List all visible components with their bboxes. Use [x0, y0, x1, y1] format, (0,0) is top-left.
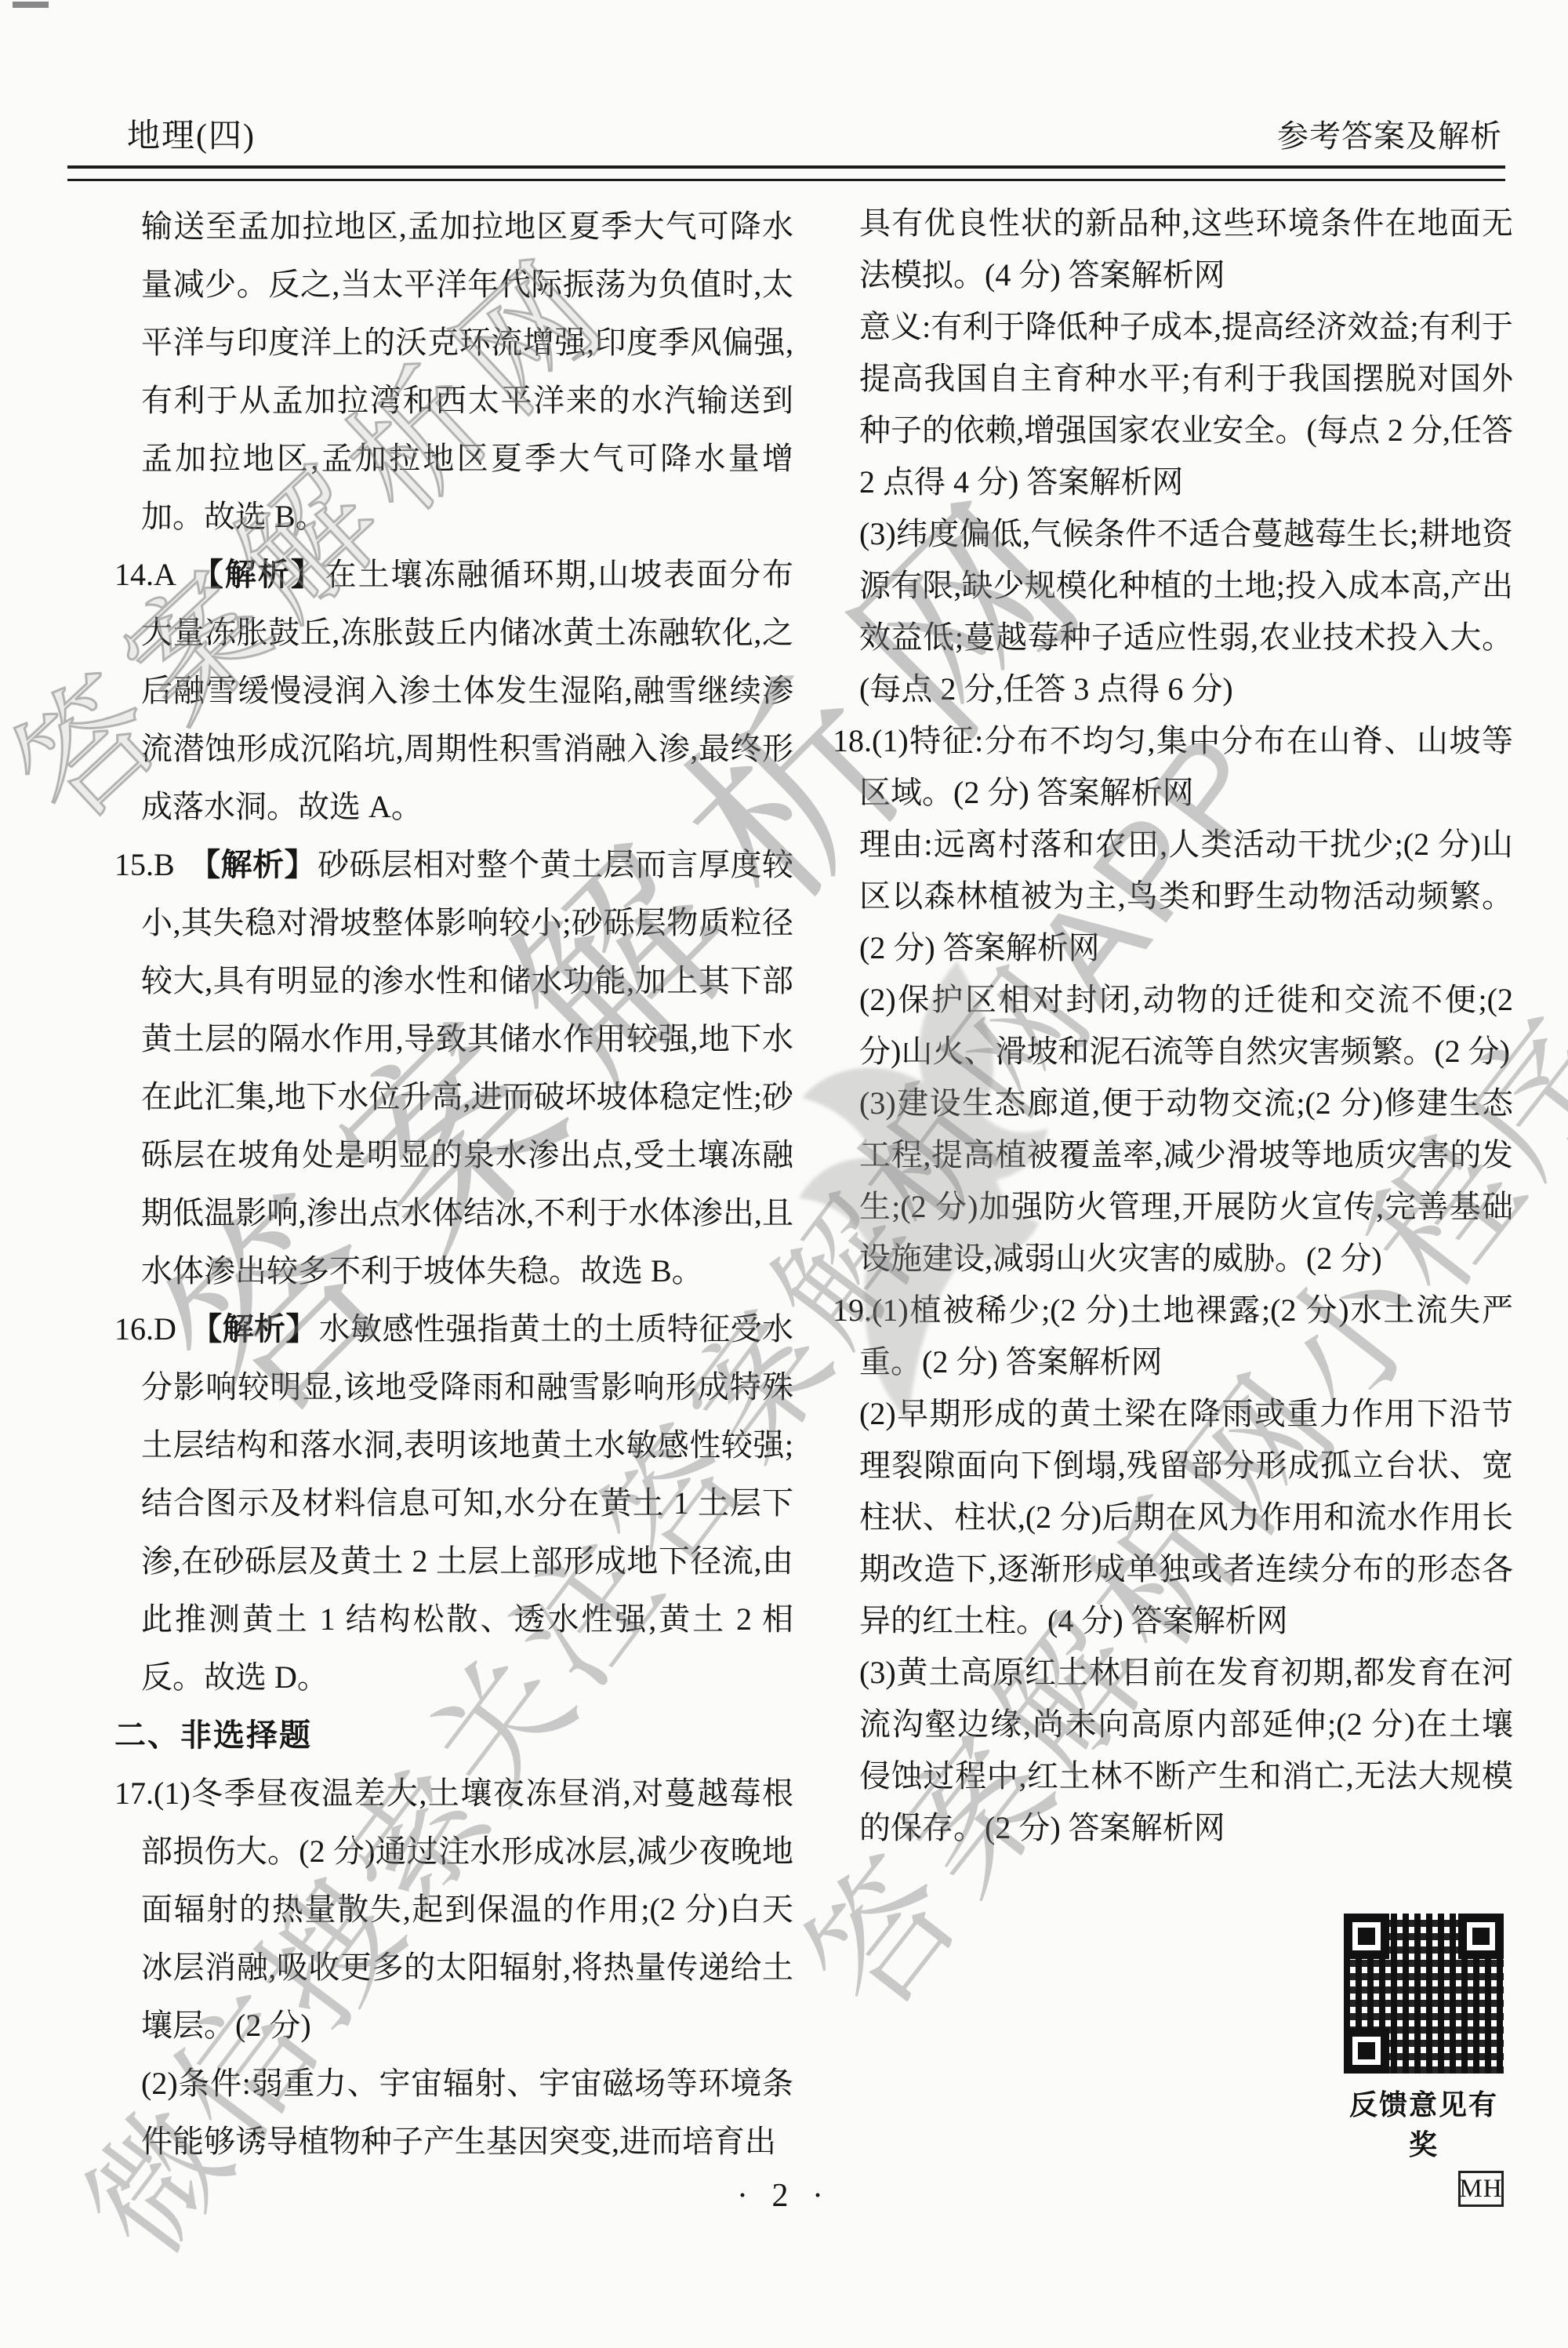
answer-item-14-A: 14.A【解析】在土壤冻融循环期,山坡表面分布大量冻胀鼓丘,冻胀鼓丘内储冰黄土冻… — [114, 546, 793, 836]
answer-text: 二、非选择题 — [114, 1717, 312, 1753]
section-heading: 二、非选择题 — [114, 1706, 793, 1765]
answer-item-16-D: 16.D【解析】水敏感性强指黄土的土质特征受水分影响较明显,该地受降雨和融雪影响… — [114, 1300, 793, 1706]
answer-text: (1)特征:分布不均匀,集中分布在山脊、山坡等区域。(2 分) 答案解析网 — [859, 723, 1513, 810]
qr-code — [1344, 1914, 1504, 2074]
page-number: · 2 · — [0, 2177, 1568, 2215]
answer-paragraph: 具有优良性状的新品种,这些环境条件在地面无法模拟。(4 分) 答案解析网 — [833, 198, 1513, 301]
page-title: 地理(四) — [127, 110, 256, 157]
answer-text: 在土壤冻融循环期,山坡表面分布大量冻胀鼓丘,冻胀鼓丘内储冰黄土冻融软化,之后融雪… — [141, 557, 793, 824]
analysis-label: 【解析】 — [189, 847, 316, 882]
answer-item-15-B: 15.B【解析】砂砾层相对整个黄土层而言厚度较小,其失稳对滑坡整体影响较小;砂砾… — [114, 836, 793, 1300]
answer-text: (1)冬季昼夜温差大,土壤夜冻昼消,对蔓越莓根部损伤大。(2 分)通过注水形成冰… — [141, 1776, 793, 2043]
answer-text: 砂砾层相对整个黄土层而言厚度较小,其失稳对滑坡整体影响较小;砂砾层物质粒径较大,… — [141, 847, 793, 1288]
item-number: 15.B — [114, 847, 175, 882]
item-number: 14.A — [114, 557, 176, 592]
qr-caption: 反馈意见有奖 — [1341, 2083, 1507, 2163]
answer-text: 输送至孟加拉地区,孟加拉地区夏季大气可降水量减少。反之,当太平洋年代际振荡为负值… — [141, 209, 793, 534]
item-number: 18. — [833, 723, 872, 758]
qr-finder-icon — [1344, 2028, 1389, 2074]
qr-finder-icon — [1344, 1914, 1389, 1959]
header-subtitle: 参考答案及解析 — [1277, 111, 1502, 156]
header-double-rule — [67, 165, 1505, 181]
scanned-answer-page: 地理(四) 参考答案及解析 答案解析网 答案解析网 微信搜索关注答案解析网APP… — [0, 0, 1568, 2348]
answer-paragraph: (3)黄土高原红土林目前在发育初期,都发育在河流沟壑边缘,尚未向高原内部延伸;(… — [833, 1647, 1513, 1854]
left-column: 输送至孟加拉地区,孟加拉地区夏季大气可降水量减少。反之,当太平洋年代际振荡为负值… — [114, 198, 793, 2171]
scan-artifact-dash — [13, 2, 49, 8]
item-number: 17. — [114, 1776, 154, 1811]
item-number: 16.D — [114, 1311, 176, 1347]
answer-paragraph: (3)纬度偏低,气候条件不适合蔓越莓生长;耕地资源有限,缺少规模化种植的土地;投… — [833, 508, 1513, 715]
answer-text: 水敏感性强指黄土的土质特征受水分影响较明显,该地受降雨和融雪影响形成特殊土层结构… — [141, 1311, 793, 1695]
qr-finder-icon — [1458, 1914, 1504, 1959]
answer-text: (2)条件:弱重力、宇宙辐射、宇宙磁场等环境条件能够诱导植物种子产生基因突变,进… — [141, 2066, 793, 2159]
answer-paragraph: 输送至孟加拉地区,孟加拉地区夏季大气可降水量减少。反之,当太平洋年代际振荡为负值… — [114, 198, 793, 546]
answer-paragraph: 意义:有利于降低种子成本,提高经济效益;有利于提高我国自主育种水平;有利于我国摆… — [833, 301, 1513, 508]
analysis-label: 【解析】 — [191, 557, 324, 592]
analysis-label: 【解析】 — [191, 1311, 318, 1347]
answer-text: 具有优良性状的新品种,这些环境条件在地面无法模拟。(4 分) 答案解析网 — [859, 205, 1513, 293]
answer-item-17: 17.(1)冬季昼夜温差大,土壤夜冻昼消,对蔓越莓根部损伤大。(2 分)通过注水… — [114, 1765, 793, 2055]
answer-text: (3)纬度偏低,气候条件不适合蔓越莓生长;耕地资源有限,缺少规模化种植的土地;投… — [859, 516, 1513, 707]
feedback-qr-block: 反馈意见有奖 — [1341, 1914, 1507, 2163]
answer-text: (3)黄土高原红土林目前在发育初期,都发育在河流沟壑边缘,尚未向高原内部延伸;(… — [859, 1655, 1513, 1845]
answer-paragraph: (2)条件:弱重力、宇宙辐射、宇宙磁场等环境条件能够诱导植物种子产生基因突变,进… — [114, 2055, 793, 2171]
answer-text: 意义:有利于降低种子成本,提高经济效益;有利于提高我国自主育种水平;有利于我国摆… — [859, 309, 1513, 500]
answer-item-18: 18.(1)特征:分布不均匀,集中分布在山脊、山坡等区域。(2 分) 答案解析网 — [833, 715, 1513, 819]
answer-text: 理由:远离村落和农田,人类活动干扰少;(2 分)山区以森林植被为主,鸟类和野生动… — [859, 827, 1513, 965]
publisher-stamp: MH — [1458, 2171, 1504, 2207]
dove-watermark-graphic — [729, 949, 1079, 1435]
